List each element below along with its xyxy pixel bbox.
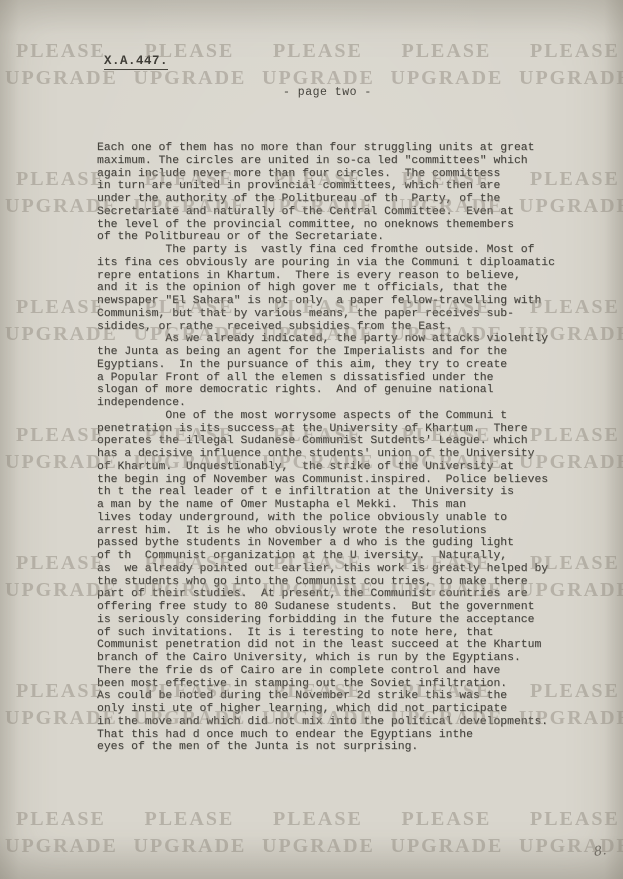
watermark-word-please: PLEASE (530, 808, 620, 831)
watermark-word-please: PLEASE (16, 40, 106, 63)
watermark-word-please: PLEASE (402, 40, 492, 63)
document-number: X.A.447. (104, 54, 168, 70)
watermark-word-please: PLEASE (530, 40, 620, 63)
paragraph-2: The party is vastly fina ced fromthe out… (97, 244, 572, 333)
watermark-word-please: PLEASE (273, 40, 363, 63)
watermark-word-upgrade: UPGRADE (519, 67, 623, 90)
watermark-word-please: PLEASE (16, 296, 106, 319)
document-body: Each one of them has no more than four s… (97, 142, 572, 754)
watermark-word-please: PLEASE (145, 808, 235, 831)
watermark-word-upgrade: UPGRADE (134, 835, 247, 858)
watermark-word-upgrade: UPGRADE (262, 835, 375, 858)
watermark-word-please: PLEASE (16, 168, 106, 191)
watermark-word-please: PLEASE (273, 808, 363, 831)
watermark-word-please: PLEASE (16, 680, 106, 703)
paragraph-1: Each one of them has no more than four s… (97, 142, 572, 244)
handwritten-page-number: 8. (593, 843, 607, 860)
watermark-word-please: PLEASE (16, 424, 106, 447)
watermark-word-please: PLEASE (16, 552, 106, 575)
watermark-word-upgrade: UPGRADE (5, 835, 118, 858)
paragraph-3: As we already indicated, the party now a… (97, 333, 572, 410)
scanned-page: X.A.447. - page two - Each one of them h… (0, 0, 623, 879)
watermark-word-upgrade: UPGRADE (391, 835, 504, 858)
watermark-word-upgrade: UPGRADE (5, 67, 118, 90)
watermark-word-upgrade: UPGRADE (391, 67, 504, 90)
page-header: - page two - (283, 86, 372, 99)
watermark-word-upgrade: UPGRADE (134, 67, 247, 90)
watermark-word-upgrade: UPGRADE (519, 835, 623, 858)
watermark-word-please: PLEASE (16, 808, 106, 831)
watermark-word-please: PLEASE (402, 808, 492, 831)
paragraph-4: One of the most worrysome aspects of the… (97, 410, 572, 754)
